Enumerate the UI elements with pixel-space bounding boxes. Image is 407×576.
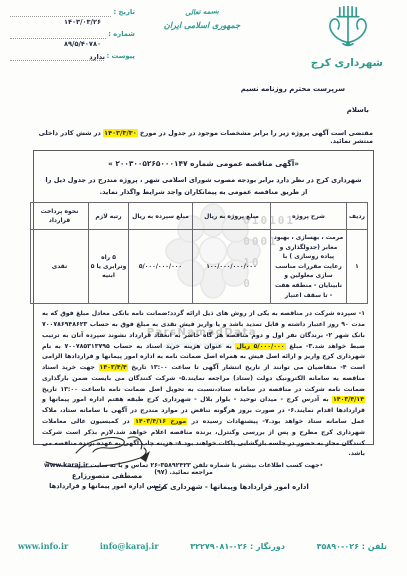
date-field: تاریخ : ۱۴۰۳/۰۳/۲۶: [10, 8, 135, 29]
table-row: ۱ مرمت ، بهسازی ، بهبود معابر (جدولگذاری…: [31, 230, 368, 304]
publish-instruction: مقتضی است آگهی پروژه زیر را برابر مشخصات…: [33, 129, 373, 145]
letter-meta-fields: تاریخ : ۱۴۰۳/۰۳/۲۶ شماره : ۸۹/۵/۴۰۷۸۰ پی…: [10, 8, 135, 74]
letterhead: شهرداری کرج بسمه تعالی جمهوری اسلامی ایر…: [0, 4, 407, 82]
opening-date-highlight: مورخ ۱۴۰۳/۴/۱۶: [134, 418, 187, 425]
cell-deposit-amount: ۵/۰۰۰/۰۰۰/۰۰۰: [129, 230, 193, 304]
footer-website: www.info.ir: [18, 541, 68, 551]
doc-fee-highlight: ۵/۰۰۰/۰۰۰ ریال: [235, 343, 285, 350]
cell-description: مرمت ، بهسازی ، بهبود معابر (جدولگذاری و…: [271, 230, 347, 304]
document-page: شهرداری کرج بسمه تعالی جمهوری اسلامی ایر…: [0, 0, 407, 576]
attachment-value: ندارد: [89, 53, 105, 61]
col-project-amount: مبلغ پروژه به ریال: [193, 203, 271, 230]
date-label: تاریخ :: [113, 8, 135, 16]
bismillah-calligraphy: بسمه تعالی: [137, 5, 267, 20]
municipality-name: شهرداری کرج: [313, 57, 383, 69]
instruction-text: مقتضی است آگهی پروژه زیر را برابر مشخصات…: [138, 129, 373, 137]
col-payment-method: نحوه پرداخت قرارداد: [31, 203, 89, 230]
notice-title: «آگهی مناقصه عمومی شماره ۲۰۰۳۰۰۵۲۶۵۰۰۰۱۴…: [39, 159, 368, 168]
cell-required-grade: ۵ راه وترابری یا ۵ ابنیه: [89, 230, 129, 304]
footer-phone: تلفن : ۰۲۶-۳۵۸۹۰: [317, 542, 387, 551]
department-signoff: اداره امور قراردادها وپیمانها - شهرداری …: [141, 483, 322, 491]
cell-payment-method: نقدی: [31, 230, 89, 304]
tender-notice-box: 010101 0001 10 0 ParsNamadData مرجع اطلا…: [33, 150, 374, 445]
cell-row-number: ۱: [347, 230, 368, 304]
addressee-line: سرپرست محترم روزنامه نسیم: [241, 85, 345, 93]
tender-table: ردیف شرح پروژه مبلغ پروژه به ریال مبلغ س…: [30, 202, 368, 304]
col-row-number: ردیف: [347, 203, 368, 230]
letter-footer: تلفن : ۰۲۶-۳۵۸۹۰ دورنگار : ۰۲۶-۳۲۲۷۹۰۸۱ …: [18, 541, 387, 551]
col-required-grade: رتبه لازم: [89, 203, 129, 230]
purchase-deadline-highlight: ۱۴۰۳/۴/۴: [99, 364, 128, 371]
date-value: ۱۴۰۳/۰۳/۲۶: [64, 18, 101, 26]
contact-info-line: ٭جهت کسب اطلاعات بیشتر با شماره تلفن ۳۵۸…: [39, 462, 368, 476]
table-header-row: ردیف شرح پروژه مبلغ پروژه به ریال مبلغ س…: [31, 203, 368, 230]
col-description: شرح پروژه: [271, 203, 347, 230]
dotted-line: [10, 30, 106, 39]
state-emblem-block: بسمه تعالی جمهوری اسلامی ایران: [137, 8, 267, 30]
attachment-field: پیوست : ندارد: [10, 52, 135, 73]
number-label: شماره :: [108, 30, 135, 38]
cell-project-amount: ۱۰۰/۰۰۰/۰۰۰/۰۰۰: [193, 230, 271, 304]
tender-terms: ۱- سپرده شرکت در مناقصه به یکی از روش ها…: [42, 309, 365, 460]
salutation: باسلام: [347, 106, 369, 114]
dotted-line: [10, 8, 111, 17]
delivery-deadline-highlight: ۱۴۰۳/۴/۱۴: [332, 396, 365, 403]
number-field: شماره : ۸۹/۵/۴۰۷۸۰: [10, 30, 135, 51]
footer-fax: دورنگار : ۰۲۶-۳۲۲۷۹۰۸۱: [190, 542, 285, 551]
municipality-logo-block: شهرداری کرج: [313, 6, 383, 69]
col-deposit-amount: مبلغ سپرده به ریال: [129, 203, 193, 230]
notice-intro: شهرداری کرج در نظر دارد برابر بودجه مصوب…: [45, 175, 362, 198]
publish-date-highlight: ۱۴۰۳/۳/۳۰: [103, 129, 138, 137]
footer-email: info@karaj.ir: [100, 541, 159, 551]
attachment-label: پیوست :: [106, 52, 135, 60]
number-value: ۸۹/۵/۴۰۷۸۰: [64, 40, 101, 48]
country-title: جمهوری اسلامی ایران: [137, 20, 267, 30]
karaj-municipality-logo-icon: [322, 6, 374, 52]
